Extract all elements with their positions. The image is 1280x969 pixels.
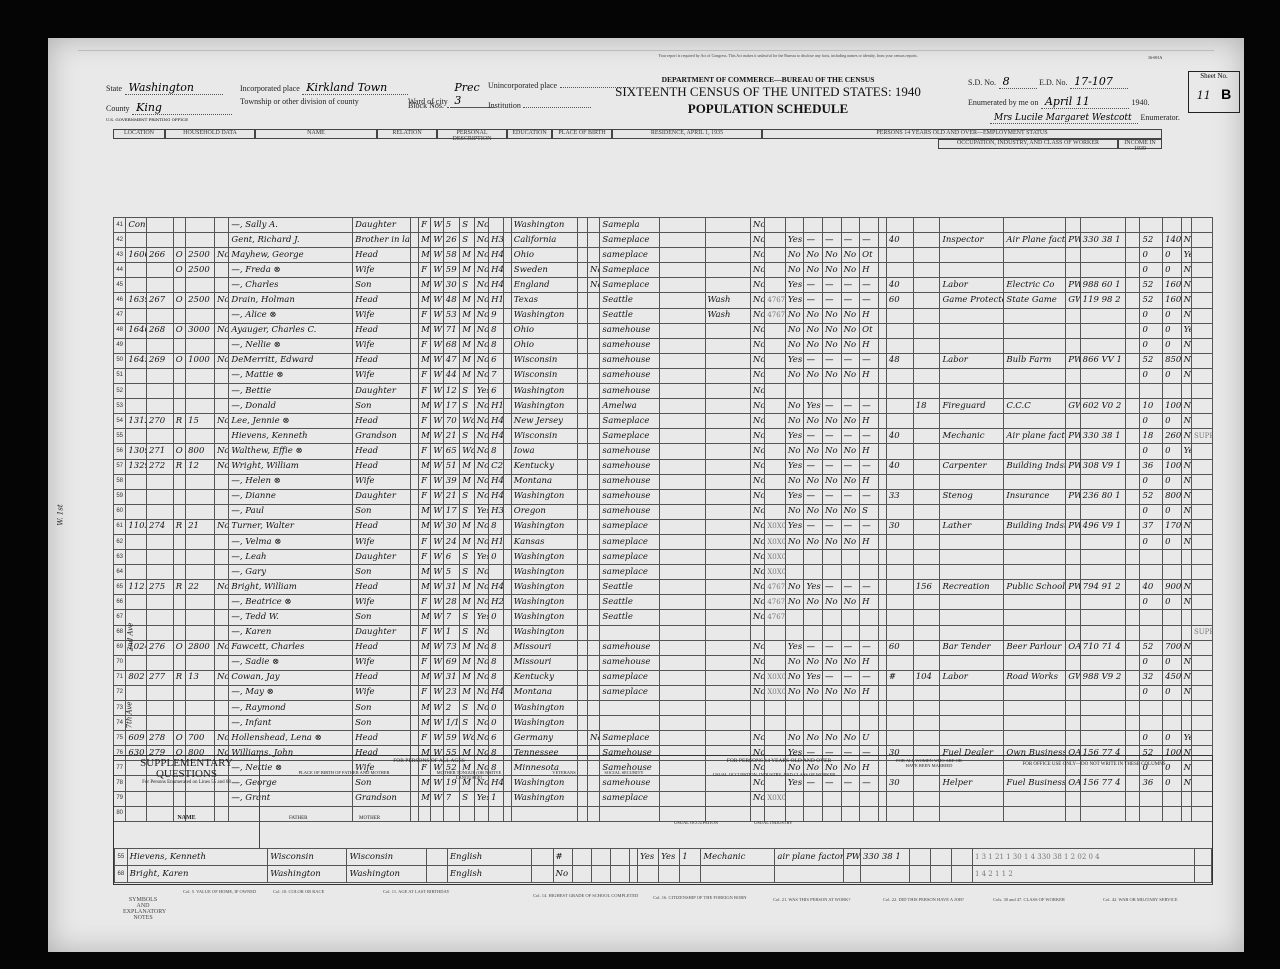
cell-fam <box>146 504 173 519</box>
cell-farm-res <box>214 308 228 323</box>
cell-farm-res <box>214 489 228 504</box>
cell-farm: No <box>750 565 764 580</box>
cell-fam <box>146 278 173 293</box>
cell-grade: 6 <box>489 353 503 368</box>
cell-cls: GW <box>1066 670 1080 685</box>
cell-fam: 278 <box>146 731 173 746</box>
state-label: State <box>106 84 122 93</box>
cell-school: No <box>474 323 488 338</box>
cell-sex: M <box>419 323 431 338</box>
cell-ind <box>1004 550 1066 565</box>
supp-cell-line: 55 <box>115 849 128 866</box>
cell-farm-res: No <box>214 580 228 595</box>
cell-c21: No <box>785 248 804 263</box>
cell-farm: No <box>750 399 764 414</box>
cell-code <box>577 565 587 580</box>
cell-farm-res <box>214 534 228 549</box>
cell-res-state <box>705 685 750 700</box>
cell-res-city: samehouse <box>600 640 660 655</box>
table-row: 541312270R15NoLee, Jennie ⊗HeadFW70WdNoH… <box>114 414 1213 429</box>
cell-hours: 33 <box>886 489 913 504</box>
cell-cls <box>1066 504 1080 519</box>
cell-c21: No <box>785 323 804 338</box>
cell-hours <box>886 580 913 595</box>
cell-birth: Washington <box>511 595 577 610</box>
cell-relation: Head <box>353 670 411 685</box>
cell-res-city: sameplace <box>600 670 660 685</box>
cell-code <box>878 534 886 549</box>
cell-res-county <box>660 368 705 383</box>
cell-wages: 0 <box>1163 595 1182 610</box>
cell-code <box>410 489 418 504</box>
cell-c21 <box>785 550 804 565</box>
cell-wages: 0 <box>1163 731 1182 746</box>
cell-code <box>1080 323 1125 338</box>
cell-occ <box>940 625 1004 640</box>
cell-own <box>173 368 185 383</box>
cell-value <box>186 218 215 233</box>
cell-birth: Wisconsin <box>511 429 577 444</box>
cell-hours <box>886 248 913 263</box>
cell-code <box>577 625 587 640</box>
cell-sex: M <box>419 519 431 534</box>
cell-hours <box>886 414 913 429</box>
cell-c22 <box>804 610 823 625</box>
cell-fam <box>146 625 173 640</box>
cell-wk: 52 <box>1140 293 1163 308</box>
cell-school: No <box>474 338 488 353</box>
cell-code <box>410 519 418 534</box>
cell-code <box>577 474 587 489</box>
cell-citizen <box>588 384 600 399</box>
cell-code <box>1080 625 1125 640</box>
cell-c24: No <box>841 248 860 263</box>
supp-cell-vet: No <box>553 866 572 883</box>
cell-name: Drain, Holman <box>229 293 353 308</box>
cell-res-county <box>660 399 705 414</box>
cell-code <box>878 368 886 383</box>
cell-house <box>126 565 147 580</box>
cell-own <box>173 565 185 580</box>
cell-code <box>1126 233 1140 248</box>
cell-school: Yes <box>474 550 488 565</box>
cell-code <box>1126 519 1140 534</box>
cell-c23 <box>823 610 842 625</box>
cell-code <box>1126 323 1140 338</box>
cell-res-city: samehouse <box>600 368 660 383</box>
cell-occ: Carpenter <box>940 459 1004 474</box>
cell-relation: Head <box>353 323 411 338</box>
cell-occ <box>940 218 1004 233</box>
cell-c23: — <box>823 519 842 534</box>
cell-farm-res <box>214 263 228 278</box>
supp-mother-tongue: MOTHER TONGUE (OR NATIVE LANGUAGE) <box>434 770 504 780</box>
cell-code <box>1126 640 1140 655</box>
cell-c22: No <box>804 534 823 549</box>
cell-code <box>1080 308 1125 323</box>
cell-value: 800 <box>186 444 215 459</box>
cell-code <box>1080 534 1125 549</box>
cell-house <box>126 278 147 293</box>
cell-c25: — <box>860 233 879 248</box>
cell-weeks <box>913 610 940 625</box>
note-col14: Col. 14. HIGHEST GRADE OF SCHOOL COMPLET… <box>533 893 638 898</box>
supp-cell-name: Bright, Karen <box>127 866 268 883</box>
cell-c23: — <box>823 233 842 248</box>
cell-relation: Wife <box>353 595 411 610</box>
cell-sex: M <box>419 610 431 625</box>
sd-field: S.D. No. 8 E.D. No. 17-107 <box>968 75 1128 89</box>
cell-res-city: sameplace <box>600 685 660 700</box>
cell-res-city: samehouse <box>600 504 660 519</box>
cell-school: No <box>474 308 488 323</box>
cell-weeks <box>913 519 940 534</box>
cell-weeks <box>913 353 940 368</box>
cell-ind <box>1004 504 1066 519</box>
cell-weeks <box>913 534 940 549</box>
cell-sex: M <box>419 429 431 444</box>
cell-line: 56 <box>114 444 126 459</box>
cell-sex: F <box>419 655 431 670</box>
cell-relation: Head <box>353 414 411 429</box>
cell-farm: No <box>750 414 764 429</box>
cell-wages: 450 <box>1163 670 1182 685</box>
cell-c25: — <box>860 399 879 414</box>
cell-farm-res: No <box>214 444 228 459</box>
cell-value <box>186 384 215 399</box>
cell-occ: Game Protector <box>940 293 1004 308</box>
cell-ind: Building Indst <box>1004 519 1066 534</box>
cell-marital: M <box>460 655 474 670</box>
cell-name: Ayauger, Charles C. <box>229 323 353 338</box>
cell-code <box>503 655 511 670</box>
cell-res-state <box>705 550 750 565</box>
cell-res-county <box>660 429 705 444</box>
cell-citizen <box>588 368 600 383</box>
cell-name: —, Tedd W. <box>229 610 353 625</box>
cell-school: No <box>474 293 488 308</box>
cell-race: W <box>431 263 443 278</box>
form-number: 16-691A <box>1148 55 1162 60</box>
cell-house: 609 <box>126 731 147 746</box>
supp-cell-name: Hievens, Kenneth <box>127 849 268 866</box>
cell-occ: Stenog <box>940 489 1004 504</box>
cell-farm-res <box>214 565 228 580</box>
cell-code <box>503 353 511 368</box>
cell-fam <box>146 655 173 670</box>
cell-citizen <box>588 519 600 534</box>
cell-c24: — <box>841 429 860 444</box>
supp-title-block: SUPPLEMENTARY QUESTIONS For Persons Enum… <box>114 756 260 848</box>
cell-relation: Grandson <box>353 429 411 444</box>
cell-res-state <box>705 670 750 685</box>
cell-race: W <box>431 474 443 489</box>
cell-age: 53 <box>443 308 459 323</box>
cell-code <box>577 248 587 263</box>
cell-sex: F <box>419 534 431 549</box>
supp-cell-blank <box>629 866 637 883</box>
cell-own <box>173 278 185 293</box>
cell-occ: Recreation <box>940 580 1004 595</box>
cell-birth: Germany <box>511 731 577 746</box>
cell-code <box>878 504 886 519</box>
cell-farm-res <box>214 338 228 353</box>
cell-own <box>173 474 185 489</box>
cell-code-d <box>765 716 786 731</box>
cell-c23: — <box>823 459 842 474</box>
cell-res-state <box>705 610 750 625</box>
cell-citizen <box>588 248 600 263</box>
cell-code <box>577 399 587 414</box>
cell-code <box>503 308 511 323</box>
cell-name: —, Leah <box>229 550 353 565</box>
enumerated-field: Enumerated by me on April 11 1940. <box>968 95 1150 109</box>
cell-other: Yes <box>1181 323 1191 338</box>
cell-age: 1/12 <box>443 716 459 731</box>
county-value: King <box>132 101 232 115</box>
cell-race: W <box>431 716 443 731</box>
cell-res-city: samehouse <box>600 323 660 338</box>
cell-citizen <box>588 429 600 444</box>
cell-school: No <box>474 670 488 685</box>
institution-field: Institution <box>488 101 591 110</box>
cell-house: 1309 <box>126 444 147 459</box>
cell-marital: M <box>460 685 474 700</box>
cell-code <box>1126 685 1140 700</box>
cell-code: 988 60 1 <box>1080 278 1125 293</box>
cell-c23 <box>823 716 842 731</box>
cell-code <box>577 610 587 625</box>
cell-res-county <box>660 459 705 474</box>
cell-weeks: 156 <box>913 580 940 595</box>
cell-value <box>186 429 215 444</box>
cell-race: W <box>431 504 443 519</box>
cell-code <box>577 368 587 383</box>
cell-supp <box>1191 716 1212 731</box>
cell-ind <box>1004 716 1066 731</box>
cell-line: 67 <box>114 610 126 625</box>
cell-res-city: samehouse <box>600 655 660 670</box>
cell-grade: 0 <box>489 716 503 731</box>
note-col21: Col. 21. WAS THIS PERSON AT WORK? <box>773 897 850 902</box>
cell-cls <box>1066 338 1080 353</box>
cell-supp <box>1191 459 1212 474</box>
cell-marital: M <box>460 580 474 595</box>
cell-sex: M <box>419 293 431 308</box>
cell-res-county <box>660 233 705 248</box>
cell-c24: No <box>841 444 860 459</box>
cell-code-d: X0X0 <box>765 550 786 565</box>
cell-code-d <box>765 218 786 233</box>
cell-code-d: 4767 <box>765 595 786 610</box>
cell-res-city: Sameplace <box>600 731 660 746</box>
cell-wk: 32 <box>1140 670 1163 685</box>
cell-res-county <box>660 565 705 580</box>
cell-citizen <box>588 474 600 489</box>
cell-res-county <box>660 655 705 670</box>
supp-cell-blank <box>930 866 951 883</box>
cell-own <box>173 504 185 519</box>
cell-code <box>1080 685 1125 700</box>
enumerator-name: Mrs Lucile Margaret Westcott <box>990 113 1138 124</box>
cell-marital: S <box>460 550 474 565</box>
cell-code <box>1126 504 1140 519</box>
cell-res-city: Seattle <box>600 293 660 308</box>
cell-fam <box>146 550 173 565</box>
cell-name: —, Charles <box>229 278 353 293</box>
cell-grade: H4 <box>489 685 503 700</box>
cell-relation: Son <box>353 610 411 625</box>
cell-wk: 0 <box>1140 504 1163 519</box>
table-row: 67—, Tedd W.SonMW7SYes0WashingtonSeattle… <box>114 610 1213 625</box>
cell-code <box>503 595 511 610</box>
note-col11: Col. 11. AGE AT LAST BIRTHDAY <box>383 889 450 894</box>
cell-own: O <box>173 323 185 338</box>
cell-sex: M <box>419 670 431 685</box>
table-row: 62—, Velma ⊗WifeFW24MNoH1Kansassameplace… <box>114 534 1213 549</box>
cell-own: R <box>173 580 185 595</box>
cell-school: No <box>474 625 488 640</box>
cell-grade: H1 <box>489 534 503 549</box>
cell-c24 <box>841 218 860 233</box>
cell-c23: No <box>823 474 842 489</box>
cell-school: No <box>474 565 488 580</box>
cell-school: No <box>474 534 488 549</box>
cell-age: 65 <box>443 444 459 459</box>
supp-cell-blank <box>909 866 930 883</box>
cell-own <box>173 429 185 444</box>
cell-c23: No <box>823 323 842 338</box>
cell-fam <box>146 595 173 610</box>
cell-c22: — <box>804 429 823 444</box>
cell-sex: M <box>419 640 431 655</box>
cell-sex: M <box>419 565 431 580</box>
cell-code <box>410 233 418 248</box>
cell-code <box>410 368 418 383</box>
cell-citizen: Na <box>588 278 600 293</box>
cell-weeks <box>913 323 940 338</box>
supp-cell-blank <box>426 866 447 883</box>
cell-birth: Missouri <box>511 640 577 655</box>
cell-hours <box>886 550 913 565</box>
cell-marital: S <box>460 610 474 625</box>
cell-wages: 700 <box>1163 640 1182 655</box>
cell-value <box>186 534 215 549</box>
cell-wk: 0 <box>1140 263 1163 278</box>
cell-fam <box>146 474 173 489</box>
cell-c23: — <box>823 429 842 444</box>
cell-cls <box>1066 368 1080 383</box>
cell-fam <box>146 218 173 233</box>
cell-birth: Montana <box>511 685 577 700</box>
cell-birth: Texas <box>511 293 577 308</box>
cell-marital: M <box>460 338 474 353</box>
cell-own <box>173 489 185 504</box>
cell-c22: — <box>804 353 823 368</box>
cell-code <box>410 263 418 278</box>
cell-c22: No <box>804 504 823 519</box>
cell-c24: No <box>841 323 860 338</box>
cell-race: W <box>431 399 443 414</box>
cell-res-county <box>660 504 705 519</box>
cell-supp <box>1191 565 1212 580</box>
supp-cell-blank <box>572 849 591 866</box>
cell-house: 1103 <box>126 519 147 534</box>
cell-c22: Yes <box>804 399 823 414</box>
cell-value <box>186 504 215 519</box>
cell-code <box>1080 218 1125 233</box>
cell-value: 2500 <box>186 263 215 278</box>
cell-res-city: Sameplace <box>600 233 660 248</box>
cell-supp <box>1191 489 1212 504</box>
cell-wages: 100 <box>1163 399 1182 414</box>
cell-farm-res <box>214 399 228 414</box>
cell-code <box>410 218 418 233</box>
cell-house: 1329 <box>126 459 147 474</box>
cell-code: 496 V9 1 <box>1080 519 1125 534</box>
cell-c25: H <box>860 444 879 459</box>
cell-grade: 8 <box>489 655 503 670</box>
cell-birth: Washington <box>511 308 577 323</box>
cell-c24: No <box>841 534 860 549</box>
cell-own <box>173 625 185 640</box>
cell-res-state <box>705 459 750 474</box>
cell-own <box>173 384 185 399</box>
cell-house: 1121 <box>126 580 147 595</box>
cell-res-state <box>705 534 750 549</box>
cell-fam <box>146 701 173 716</box>
group-employment: PERSONS 14 YEARS OLD AND OVER—EMPLOYMENT… <box>762 129 1162 139</box>
cell-relation: Head <box>353 459 411 474</box>
cell-own: R <box>173 670 185 685</box>
cell-school: No <box>474 353 488 368</box>
table-row: 53—, DonaldSonMW17SNoH1WashingtonAmelwaN… <box>114 399 1213 414</box>
cell-race: W <box>431 565 443 580</box>
cell-house: 802 <box>126 670 147 685</box>
cell-fam <box>146 429 173 444</box>
group-location: LOCATION <box>113 129 165 139</box>
cell-weeks <box>913 716 940 731</box>
cell-sex: M <box>419 701 431 716</box>
cell-line: 55 <box>114 429 126 444</box>
cell-code <box>577 278 587 293</box>
cell-line: 72 <box>114 685 126 700</box>
cell-marital: M <box>460 534 474 549</box>
cell-c24: No <box>841 308 860 323</box>
cell-code <box>503 323 511 338</box>
table-row: 71802277R13NoCowan, JayHeadMW31MNo8Kentu… <box>114 670 1213 685</box>
cell-farm-res: No <box>214 640 228 655</box>
cell-age: 69 <box>443 655 459 670</box>
cell-birth: Ohio <box>511 338 577 353</box>
cell-code <box>1080 731 1125 746</box>
sheet-number-box: Sheet No. 11 B <box>1188 71 1240 113</box>
cell-other: No <box>1181 414 1191 429</box>
cell-c21: No <box>785 595 804 610</box>
cell-wages: 0 <box>1163 263 1182 278</box>
table-row: 75609278O700NoHollenshead, Lena ⊗HeadFW5… <box>114 731 1213 746</box>
cell-house: Continued <box>126 218 147 233</box>
cell-hours: 60 <box>886 293 913 308</box>
cell-relation: Wife <box>353 655 411 670</box>
cell-code <box>577 670 587 685</box>
cell-wages <box>1163 550 1182 565</box>
cell-line: 54 <box>114 414 126 429</box>
cell-relation: Head <box>353 519 411 534</box>
cell-code <box>878 353 886 368</box>
cell-code-d <box>765 384 786 399</box>
cell-own <box>173 655 185 670</box>
